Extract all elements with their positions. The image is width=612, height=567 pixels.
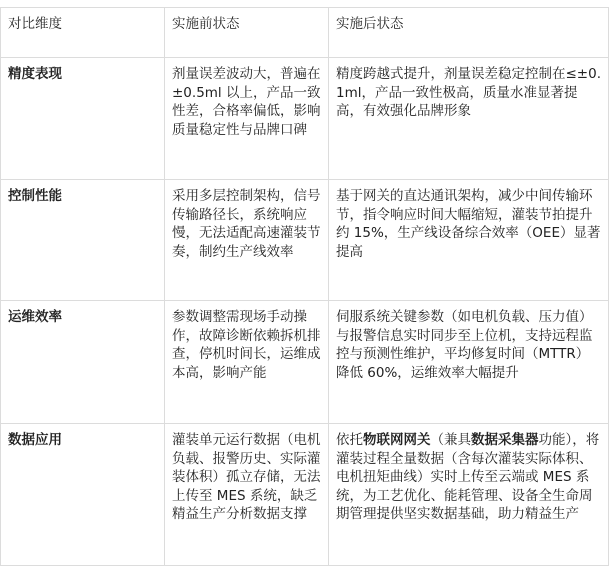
table-row: 控制性能 采用多层控制架构，信号传输路径长，系统响应慢，无法适配高速灌装节奏，制… [1,180,609,301]
row-after: 依托物联网网关（兼具数据采集器功能），将灌装过程全量数据（含每次灌装实际体积、电… [329,424,609,566]
header-before: 实施前状态 [165,8,329,58]
row-dimension: 数据应用 [1,424,165,566]
row-after: 伺服系统关键参数（如电机负载、压力值）与报警信息实时同步至上位机，支持远程监控与… [329,301,609,424]
table-row: 数据应用 灌装单元运行数据（电机负载、报警历史、实际灌装体积）孤立存储，无法上传… [1,424,609,566]
row-before: 采用多层控制架构，信号传输路径长，系统响应慢，无法适配高速灌装节奏，制约生产线效… [165,180,329,301]
highlight-data-collector: 数据采集器 [471,432,539,448]
header-after: 实施后状态 [329,8,609,58]
highlight-iot-gateway: 物联网网关 [363,432,431,448]
row-before: 灌装单元运行数据（电机负载、报警历史、实际灌装体积）孤立存储，无法上传至 MES… [165,424,329,566]
row-dimension: 控制性能 [1,180,165,301]
row-before: 剂量误差波动大，普遍在 ±0.5ml 以上，产品一致性差，合格率偏低，影响质量稳… [165,58,329,180]
table-row: 运维效率 参数调整需现场手动操作，故障诊断依赖拆机排查，停机时间长，运维成本高，… [1,301,609,424]
text-segment: （兼具 [431,432,472,448]
row-after: 精度跨越式提升，剂量误差稳定控制在≤±0.1ml，产品一致性极高，质量水准显著提… [329,58,609,180]
text-segment: 依托 [336,432,363,448]
row-after: 基于网关的直达通讯架构，减少中间传输环节，指令响应时间大幅缩短，灌装节拍提升约 … [329,180,609,301]
header-dimension: 对比维度 [1,8,165,58]
table-row: 精度表现 剂量误差波动大，普遍在 ±0.5ml 以上，产品一致性差，合格率偏低，… [1,58,609,180]
row-dimension: 运维效率 [1,301,165,424]
table-header-row: 对比维度 实施前状态 实施后状态 [1,8,609,58]
row-before: 参数调整需现场手动操作，故障诊断依赖拆机排查，停机时间长，运维成本高，影响产能 [165,301,329,424]
row-dimension: 精度表现 [1,58,165,180]
comparison-table: 对比维度 实施前状态 实施后状态 精度表现 剂量误差波动大，普遍在 ±0.5ml… [0,7,609,566]
